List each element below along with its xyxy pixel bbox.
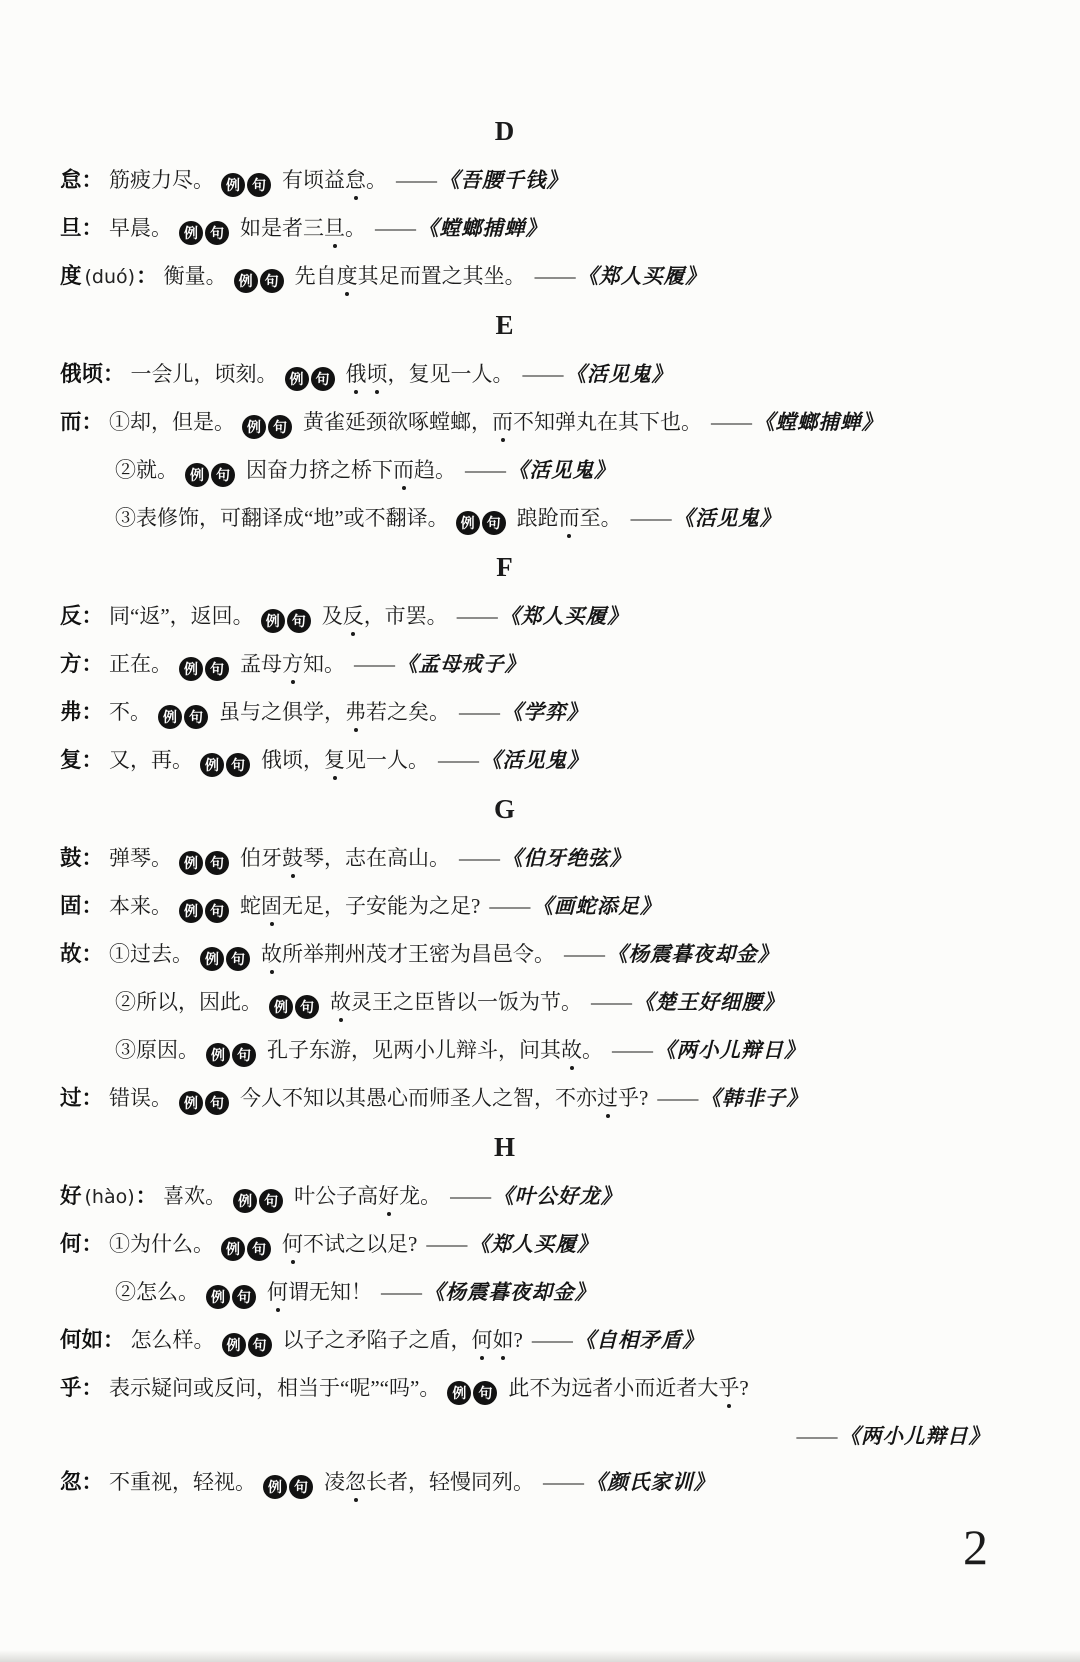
example-badge-icon: 句 (226, 753, 250, 777)
citation-group: ——《自相矛盾》 (523, 1328, 704, 1352)
example-badge-icon: 句 (226, 947, 250, 971)
example-badge-icon: 例 (233, 1189, 257, 1213)
entry-line: 乎：表示疑问或反问，相当于“呢”“吗”。例句此不为远者小而近者大乎? (60, 1374, 1040, 1405)
entry-term-colon: ： (103, 1328, 125, 1352)
example-badge-icon: 句 (295, 995, 319, 1019)
example-text: 以子之矛陷子之盾，何如? (283, 1328, 523, 1352)
citation-title: 《叶公好龙》 (493, 1186, 622, 1208)
entry-line: 鼓：弹琴。例句伯牙鼓琴，志在高山。——《伯牙绝弦》 (60, 844, 1040, 875)
citation-title: 《郑人买履》 (578, 266, 707, 288)
example-text: 孟母方知。 (240, 652, 345, 676)
example-badge-icon: 句 (232, 1043, 256, 1067)
citation-group: ——《活见鬼》 (622, 506, 782, 530)
entry-term: 弗 (60, 700, 82, 724)
citation-group: ——《楚王好细腰》 (582, 990, 785, 1014)
entry-term-colon: ： (82, 652, 104, 676)
citation-title: 《螳螂捕蝉》 (418, 218, 547, 240)
example-badge: 例句 (185, 458, 237, 482)
example-text: 凌忽长者，轻慢同列。 (324, 1470, 534, 1494)
citation-group: ——《活见鬼》 (456, 458, 616, 482)
entry-term-colon: ： (82, 168, 104, 192)
page-bottom-shadow (0, 1650, 1080, 1662)
entry-term: 反 (60, 604, 82, 628)
example-badge-icon: 例 (456, 511, 480, 535)
example-text: 叶公子高好龙。 (294, 1184, 441, 1208)
example-badge-icon: 句 (248, 1333, 272, 1357)
example-badge: 例句 (447, 1376, 499, 1400)
example-text: 俄顷，复见一人。 (261, 748, 429, 772)
entry-definition: 同“返”，返回。 (109, 604, 254, 628)
citation-dash: —— (459, 700, 499, 724)
entry-line: 旦：早晨。例句如是者三旦。——《螳螂捕蝉》 (60, 214, 1040, 245)
example-text: 如是者三旦。 (240, 216, 366, 240)
citation-title: 《颜氏家训》 (586, 1472, 715, 1494)
emphasized-char: 故 (561, 1038, 582, 1062)
citation-dash: —— (450, 1184, 490, 1208)
entry-definition: ②所以，因此。 (115, 990, 262, 1014)
entry-pinyin: (duó) (85, 266, 136, 288)
example-badge-icon: 句 (232, 1285, 256, 1309)
example-badge-icon: 例 (221, 173, 245, 197)
example-badge-icon: 例 (200, 753, 224, 777)
example-text: 虽与之俱学，弗若之矣。 (219, 700, 450, 724)
example-badge-icon: 例 (447, 1381, 471, 1405)
section-heading-G: G (60, 794, 1040, 824)
citation-title: 《吾腰千钱》 (439, 170, 568, 192)
example-badge-icon: 句 (205, 899, 229, 923)
citation-title: 《郑人买履》 (469, 1234, 598, 1256)
entry-term-colon: ： (82, 894, 104, 918)
page-number: 2 (963, 1522, 988, 1572)
example-badge-icon: 例 (285, 367, 309, 391)
emphasized-char: 俄 (346, 362, 367, 386)
citation-title: 《活见鬼》 (481, 750, 589, 772)
entry-definition: ②就。 (115, 458, 178, 482)
citation-title: 《活见鬼》 (674, 508, 782, 530)
entry-line: 故：①过去。例句故所举荆州茂才王密为昌邑令。——《杨震暮夜却金》 (60, 940, 1040, 971)
entry-line: 固：本来。例句蛇固无足，子安能为之足?——《画蛇添足》 (60, 892, 1040, 923)
entries: D怠：筋疲力尽。例句有顷益怠。——《吾腰千钱》旦：早晨。例句如是者三旦。——《螳… (60, 116, 1040, 1499)
example-badge: 例句 (234, 264, 286, 288)
citation-group: ——《郑人买履》 (417, 1232, 598, 1256)
example-text: 及反，市罢。 (322, 604, 448, 628)
citation-group: ——《孟母戒子》 (345, 652, 526, 676)
document-page: D怠：筋疲力尽。例句有顷益怠。——《吾腰千钱》旦：早晨。例句如是者三旦。——《螳… (0, 0, 1080, 1499)
citation-dash: —— (489, 894, 529, 918)
entry-term: 忽 (60, 1470, 82, 1494)
entry-term-colon: ： (82, 846, 104, 870)
example-badge: 例句 (269, 990, 321, 1014)
example-badge-icon: 句 (311, 367, 335, 391)
emphasized-char: 过 (597, 1086, 618, 1110)
entry-term-colon: ： (82, 1232, 104, 1256)
example-badge-icon: 例 (179, 1091, 203, 1115)
entry-line: 方：正在。例句孟母方知。——《孟母戒子》 (60, 650, 1040, 681)
entry-line: ②所以，因此。例句故灵王之臣皆以一饭为节。——《楚王好细腰》 (60, 988, 1040, 1019)
entry-term: 过 (60, 1086, 82, 1110)
entry-term: 故 (60, 942, 82, 966)
citation-group: ——《画蛇添足》 (480, 894, 661, 918)
entry-term: 复 (60, 748, 82, 772)
emphasized-char: 何 (282, 1232, 303, 1256)
citation-dash: —— (523, 362, 563, 386)
emphasized-char: 而 (393, 458, 414, 482)
example-badge-icon: 句 (247, 173, 271, 197)
example-badge: 例句 (221, 168, 273, 192)
section-heading-D: D (60, 116, 1040, 146)
emphasized-char: 如 (493, 1328, 514, 1352)
entry-definition: 怎么样。 (131, 1328, 215, 1352)
citation-group: ——《郑人买履》 (526, 264, 707, 288)
example-badge-icon: 句 (287, 609, 311, 633)
citation-dash: —— (591, 990, 631, 1014)
emphasized-char: 度 (337, 264, 358, 288)
example-badge-icon: 句 (247, 1237, 271, 1261)
citation-group: ——《学弈》 (450, 700, 588, 724)
citation-title: 《学弈》 (502, 702, 588, 724)
entry-term-colon: ： (82, 700, 104, 724)
entry-term-colon: ： (103, 362, 125, 386)
citation-title: 《孟母戒子》 (397, 654, 526, 676)
entry-line: ③原因。例句孔子东游，见两小儿辩斗，问其故。——《两小儿辩日》 (60, 1036, 1040, 1067)
example-badge-icon: 例 (242, 415, 266, 439)
entry-line: 好(hào)：喜欢。例句叶公子高好龙。——《叶公好龙》 (60, 1182, 1040, 1213)
entry-definition: 本来。 (109, 894, 172, 918)
entry-term: 方 (60, 652, 82, 676)
entry-term: 度 (60, 264, 82, 288)
entry-term: 何 (60, 1232, 82, 1256)
entry-term-colon: ： (82, 1470, 104, 1494)
entry-line: 度(duó)：衡量。例句先自度其足而置之其坐。——《郑人买履》 (60, 262, 1040, 293)
example-badge: 例句 (179, 216, 231, 240)
entry-line: 怠：筋疲力尽。例句有顷益怠。——《吾腰千钱》 (60, 166, 1040, 197)
entry-term: 怠 (60, 168, 82, 192)
citation-dash: —— (535, 264, 575, 288)
entry-line: 过：错误。例句今人不知以其愚心而师圣人之智，不亦过乎?——《韩非子》 (60, 1084, 1040, 1115)
entry-term: 何如 (60, 1328, 103, 1352)
citation-dash: —— (465, 458, 505, 482)
emphasized-char: 故 (261, 942, 282, 966)
example-badge-icon: 句 (482, 511, 506, 535)
example-text: 伯牙鼓琴，志在高山。 (240, 846, 450, 870)
emphasized-char: 固 (261, 894, 282, 918)
entry-term: 乎 (60, 1376, 82, 1400)
entry-definition: 一会儿，顷刻。 (131, 362, 278, 386)
citation-group: ——《螳螂捕蝉》 (366, 216, 547, 240)
entry-definition: 不。 (109, 700, 151, 724)
entry-term-colon: ： (82, 748, 104, 772)
entry-definition: 不重视，轻视。 (109, 1470, 256, 1494)
section-heading-E: E (60, 310, 1040, 340)
example-badge-icon: 例 (179, 221, 203, 245)
citation-dash: —— (457, 604, 497, 628)
example-badge: 例句 (233, 1184, 285, 1208)
entry-term: 而 (60, 410, 82, 434)
example-badge: 例句 (263, 1470, 315, 1494)
emphasized-char: 旦 (324, 216, 345, 240)
citation-dash: —— (797, 1424, 837, 1448)
entry-line: ②怎么。例句何谓无知！——《杨震暮夜却金》 (60, 1278, 1040, 1309)
entry-pinyin: (hào) (85, 1186, 135, 1208)
entry-term: 好 (60, 1184, 82, 1208)
example-badge-icon: 例 (179, 899, 203, 923)
entry-line: 反：同“返”，返回。例句及反，市罢。——《郑人买履》 (60, 602, 1040, 633)
entry-term-colon: ： (82, 1086, 104, 1110)
example-badge-icon: 例 (206, 1043, 230, 1067)
entry-line: 何如：怎么样。例句以子之矛陷子之盾，何如?——《自相矛盾》 (60, 1326, 1040, 1357)
example-badge-icon: 句 (268, 415, 292, 439)
example-badge-icon: 例 (179, 851, 203, 875)
example-badge: 例句 (200, 942, 252, 966)
entry-definition: 筋疲力尽。 (109, 168, 214, 192)
emphasized-char: 方 (282, 652, 303, 676)
example-badge: 例句 (242, 410, 294, 434)
citation-group: ——《吾腰千钱》 (387, 168, 568, 192)
example-text: 何谓无知！ (267, 1280, 372, 1304)
example-text: 今人不知以其愚心而师圣人之智，不亦过乎? (240, 1086, 648, 1110)
example-text: 先自度其足而置之其坐。 (295, 264, 526, 288)
entry-definition: ①却，但是。 (109, 410, 235, 434)
section-heading-F: F (60, 552, 1040, 582)
section-heading-H: H (60, 1132, 1040, 1162)
citation-dash: —— (426, 1232, 466, 1256)
example-badge: 例句 (179, 1086, 231, 1110)
emphasized-char: 怠 (345, 168, 366, 192)
entry-definition: 弹琴。 (109, 846, 172, 870)
example-badge-icon: 例 (179, 657, 203, 681)
emphasized-char: 反 (343, 604, 364, 628)
example-badge-icon: 句 (205, 221, 229, 245)
entry-line: ②就。例句因奋力挤之桥下而趋。——《活见鬼》 (60, 456, 1040, 487)
emphasized-char: 故 (330, 990, 351, 1014)
citation-group: ——《活见鬼》 (429, 748, 589, 772)
example-badge-icon: 句 (259, 1189, 283, 1213)
entry-definition: 衡量。 (164, 264, 227, 288)
example-badge-icon: 句 (260, 269, 284, 293)
example-text: 踉跄而至。 (517, 506, 622, 530)
entry-definition: ①为什么。 (109, 1232, 214, 1256)
citation-dash: —— (612, 1038, 652, 1062)
entry-definition: 又，再。 (109, 748, 193, 772)
example-badge: 例句 (179, 652, 231, 676)
citation-group: ——《郑人买履》 (448, 604, 629, 628)
citation-title: 《伯牙绝弦》 (502, 848, 631, 870)
citation-title: 《郑人买履》 (500, 606, 629, 628)
example-badge-icon: 例 (158, 705, 182, 729)
example-text: 因奋力挤之桥下而趋。 (246, 458, 456, 482)
example-badge: 例句 (158, 700, 210, 724)
emphasized-char: 而 (559, 506, 580, 530)
example-text: 俄顷，复见一人。 (346, 362, 514, 386)
citation-group: ——《杨震暮夜却金》 (555, 942, 779, 966)
example-text: 何不试之以足? (282, 1232, 417, 1256)
entry-definition: ①过去。 (109, 942, 193, 966)
example-badge: 例句 (261, 604, 313, 628)
example-text: 故灵王之臣皆以一饭为节。 (330, 990, 582, 1014)
example-badge-icon: 例 (185, 463, 209, 487)
example-badge-icon: 例 (200, 947, 224, 971)
entry-term-colon: ： (82, 216, 104, 240)
example-badge-icon: 例 (206, 1285, 230, 1309)
citation-group: ——《两小儿辩日》 (788, 1424, 991, 1448)
example-text: 孔子东游，见两小儿辩斗，问其故。 (267, 1038, 603, 1062)
entry-term-colon: ： (82, 942, 104, 966)
entry-term: 俄顷 (60, 362, 103, 386)
emphasized-char: 忽 (345, 1470, 366, 1494)
entry-line: 而：①却，但是。例句黄雀延颈欲啄螳螂，而不知弹丸在其下也。——《螳螂捕蝉》 (60, 408, 1040, 439)
entry-term-colon: ： (136, 1184, 158, 1208)
citation-title: 《两小儿辩日》 (655, 1040, 806, 1062)
entry-term: 鼓 (60, 846, 82, 870)
example-badge-icon: 例 (221, 1237, 245, 1261)
citation-title: 《螳螂捕蝉》 (754, 412, 883, 434)
citation-group: ——《两小儿辩日》 (603, 1038, 806, 1062)
example-badge-icon: 句 (205, 851, 229, 875)
example-text: 蛇固无足，子安能为之足? (240, 894, 480, 918)
entry-definition: 表示疑问或反问，相当于“呢”“吗”。 (109, 1376, 440, 1400)
citation-group: ——《叶公好龙》 (441, 1184, 622, 1208)
citation-group: ——《颜氏家训》 (534, 1470, 715, 1494)
citation-dash: —— (543, 1470, 583, 1494)
citation-dash: —— (459, 846, 499, 870)
example-badge: 例句 (179, 846, 231, 870)
entry-term-colon: ： (82, 604, 104, 628)
citation-group: ——《螳螂捕蝉》 (702, 410, 883, 434)
citation-title: 《杨震暮夜却金》 (424, 1282, 596, 1304)
entry-line: 俄顷：一会儿，顷刻。例句俄顷，复见一人。——《活见鬼》 (60, 360, 1040, 391)
emphasized-char: 乎 (718, 1376, 739, 1400)
citation-dash: —— (657, 1086, 697, 1110)
entry-term: 旦 (60, 216, 82, 240)
citation-title: 《自相矛盾》 (575, 1330, 704, 1352)
example-badge-icon: 句 (184, 705, 208, 729)
citation-title: 《活见鬼》 (566, 364, 674, 386)
entry-line: 复：又，再。例句俄顷，复见一人。——《活见鬼》 (60, 746, 1040, 777)
entry-definition: 错误。 (109, 1086, 172, 1110)
citation-dash: —— (532, 1328, 572, 1352)
example-badge-icon: 句 (205, 1091, 229, 1115)
citation-title: 《活见鬼》 (508, 460, 616, 482)
emphasized-char: 而 (492, 410, 513, 434)
emphasized-char: 鼓 (282, 846, 303, 870)
citation-dash: —— (375, 216, 415, 240)
example-badge: 例句 (206, 1038, 258, 1062)
entry-term-colon: ： (82, 1376, 104, 1400)
example-badge-icon: 句 (473, 1381, 497, 1405)
citation-dash: —— (381, 1280, 421, 1304)
emphasized-char: 何 (472, 1328, 493, 1352)
citation-dash: —— (711, 410, 751, 434)
citation-title: 《两小儿辩日》 (840, 1426, 991, 1448)
example-badge-icon: 句 (211, 463, 235, 487)
example-badge-icon: 例 (234, 269, 258, 293)
citation-group: ——《伯牙绝弦》 (450, 846, 631, 870)
citation-line: ——《两小儿辩日》 (60, 1422, 1040, 1451)
citation-title: 《楚王好细腰》 (634, 992, 785, 1014)
citation-title: 《画蛇添足》 (532, 896, 661, 918)
example-text: 黄雀延颈欲啄螳螂，而不知弹丸在其下也。 (303, 410, 702, 434)
example-badge-icon: 例 (222, 1333, 246, 1357)
entry-line: 弗：不。例句虽与之俱学，弗若之矣。——《学弈》 (60, 698, 1040, 729)
entry-definition: ③原因。 (115, 1038, 199, 1062)
example-badge: 例句 (456, 506, 508, 530)
entry-line: 何：①为什么。例句何不试之以足?——《郑人买履》 (60, 1230, 1040, 1261)
example-badge-icon: 句 (205, 657, 229, 681)
entry-term: 固 (60, 894, 82, 918)
citation-dash: —— (396, 168, 436, 192)
example-badge-icon: 句 (289, 1475, 313, 1499)
citation-dash: —— (631, 506, 671, 530)
example-badge: 例句 (179, 894, 231, 918)
entry-definition: 喜欢。 (163, 1184, 226, 1208)
citation-group: ——《活见鬼》 (514, 362, 674, 386)
example-badge: 例句 (200, 748, 252, 772)
entry-line: 忽：不重视，轻视。例句凌忽长者，轻慢同列。——《颜氏家训》 (60, 1468, 1040, 1499)
emphasized-char: 何 (267, 1280, 288, 1304)
entry-definition: ②怎么。 (115, 1280, 199, 1304)
entry-definition: ③表修饰，可翻译成“地”或不翻译。 (115, 506, 449, 530)
example-text: 此不为远者小而近者大乎? (508, 1376, 748, 1400)
entry-term-colon: ： (82, 410, 104, 434)
entry-line: ③表修饰，可翻译成“地”或不翻译。例句踉跄而至。——《活见鬼》 (60, 504, 1040, 535)
emphasized-char: 顷 (367, 362, 388, 386)
citation-dash: —— (564, 942, 604, 966)
citation-group: ——《杨震暮夜却金》 (372, 1280, 596, 1304)
example-badge: 例句 (221, 1232, 273, 1256)
citation-title: 《杨震暮夜却金》 (607, 944, 779, 966)
example-badge: 例句 (222, 1328, 274, 1352)
entry-term-colon: ： (136, 264, 158, 288)
example-badge-icon: 例 (269, 995, 293, 1019)
emphasized-char: 弗 (345, 700, 366, 724)
example-text: 故所举荆州茂才王密为昌邑令。 (261, 942, 555, 966)
entry-definition: 正在。 (109, 652, 172, 676)
example-badge: 例句 (285, 362, 337, 386)
entry-definition: 早晨。 (109, 216, 172, 240)
example-badge: 例句 (206, 1280, 258, 1304)
example-badge-icon: 例 (261, 609, 285, 633)
citation-title: 《韩非子》 (700, 1088, 808, 1110)
citation-group: ——《韩非子》 (648, 1086, 808, 1110)
example-badge-icon: 例 (263, 1475, 287, 1499)
emphasized-char: 复 (324, 748, 345, 772)
citation-dash: —— (354, 652, 394, 676)
emphasized-char: 好 (378, 1184, 399, 1208)
example-text: 有顷益怠。 (282, 168, 387, 192)
citation-dash: —— (438, 748, 478, 772)
